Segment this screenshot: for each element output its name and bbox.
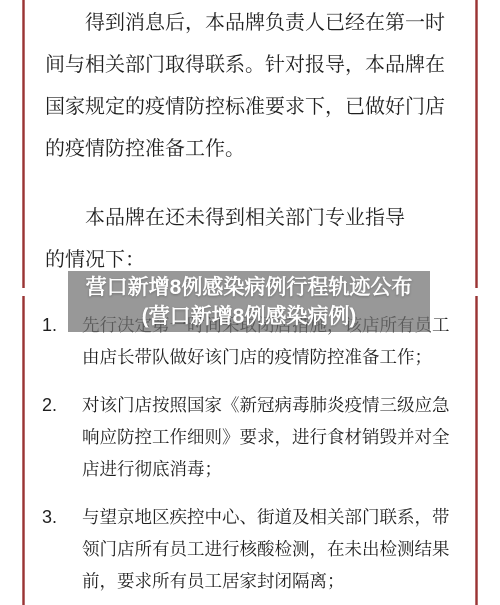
list-item-number: 3. xyxy=(42,501,82,597)
list-item: 2. 对该门店按照国家《新冠病毒肺炎疫情三级应急 响应防控工作细则》要求，进行食… xyxy=(42,389,452,485)
right-red-border-top xyxy=(475,0,478,288)
list-item-text: 对该门店按照国家《新冠病毒肺炎疫情三级应急 响应防控工作细则》要求，进行食材销毁… xyxy=(82,389,452,485)
paragraph-lead-in: 本品牌在还未得到相关部门专业指导 的情况下： xyxy=(45,197,450,281)
document-page: 得到消息后，本品牌负责人已经在第一时 间与相关部门取得联系。针对报导，本品牌在 … xyxy=(0,0,500,605)
list-item: 3. 与望京地区疾控中心、街道及相关部门联系，带 领门店所有员工进行核酸检测，在… xyxy=(42,501,452,597)
list-item-text: 与望京地区疾控中心、街道及相关部门联系，带 领门店所有员工进行核酸检测，在未出检… xyxy=(82,501,452,597)
left-red-border-bottom xyxy=(22,296,25,605)
right-red-border-bottom xyxy=(475,296,478,605)
list-item-number: 2. xyxy=(42,389,82,485)
measures-list: 1. 先行决定第一时间采取闭店措施，该店所有员工 由店长带队做好该门店的疫情防控… xyxy=(42,309,452,605)
watermark-title-overlay: 营口新增8例感染病例行程轨迹公布 (营口新增8例感染病例) xyxy=(68,271,430,332)
paragraph-brand-response: 得到消息后，本品牌负责人已经在第一时 间与相关部门取得联系。针对报导，本品牌在 … xyxy=(45,2,450,170)
left-red-border-top xyxy=(22,0,25,288)
